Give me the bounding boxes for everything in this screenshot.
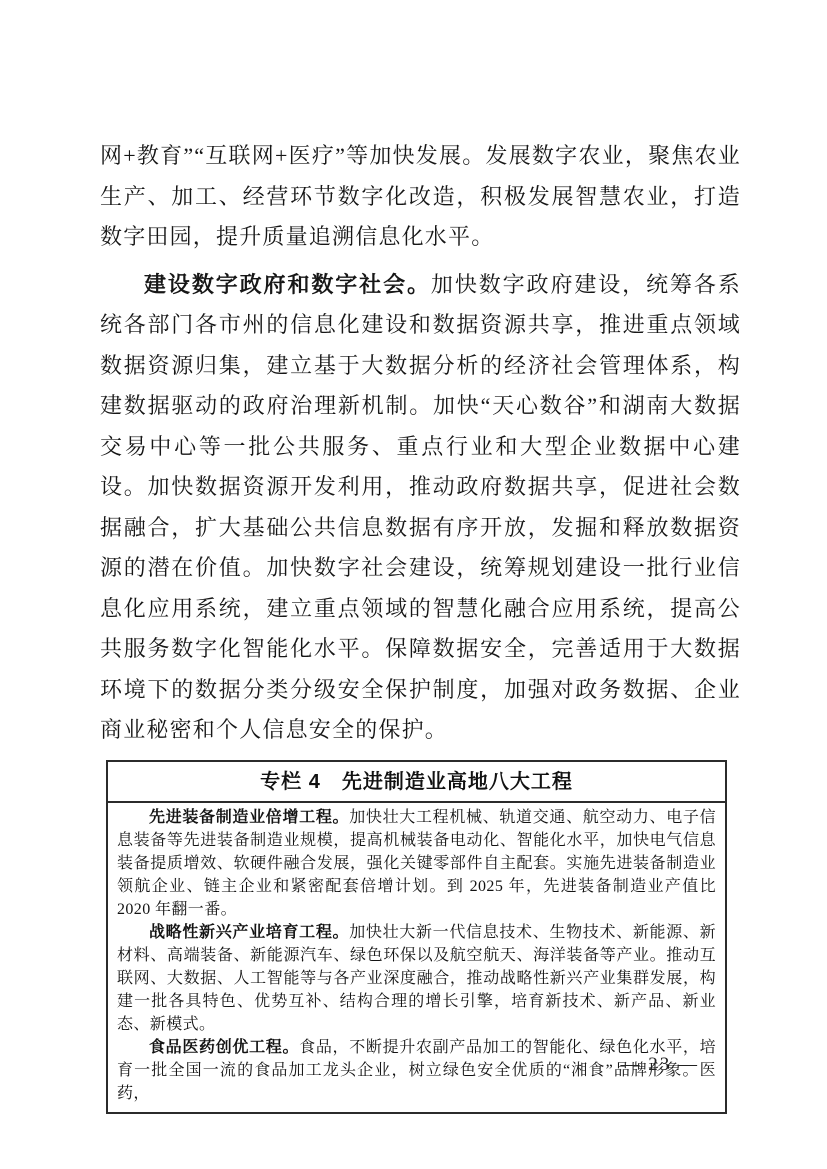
panel-paragraph-equipment-manufacturing: 先进装备制造业倍增工程。加快壮大工程机械、轨道交通、航空动力、电子信息装备等先进… xyxy=(117,806,716,921)
panel-paragraph-lead: 战略性新兴产业培育工程。 xyxy=(149,924,349,941)
panel-paragraph-emerging-industries: 战略性新兴产业培育工程。加快壮大新一代信息技术、生物技术、新能源、新材料、高端装… xyxy=(117,921,716,1036)
paragraph-text: 网+教育”“互联网+医疗”等加快发展。发展数字农业，聚焦农业生产、加工、经营环节… xyxy=(100,143,741,249)
panel-paragraph-lead: 食品医药创优工程。 xyxy=(149,1039,299,1056)
document-page: 网+教育”“互联网+医疗”等加快发展。发展数字农业，聚焦农业生产、加工、经营环节… xyxy=(0,0,827,1169)
document-content: 网+教育”“互联网+医疗”等加快发展。发展数字农业，聚焦农业生产、加工、经营环节… xyxy=(100,136,741,1114)
page-footer: — 23 — xyxy=(621,1054,700,1076)
paragraph-lead: 建设数字政府和数字社会。 xyxy=(144,272,431,297)
panel-paragraph-lead: 先进装备制造业倍增工程。 xyxy=(149,809,349,826)
panel-title: 专栏 4 先进制造业高地八大工程 xyxy=(108,762,725,803)
body-paragraph-continuation: 网+教育”“互联网+医疗”等加快发展。发展数字农业，聚焦农业生产、加工、经营环节… xyxy=(100,136,741,258)
body-paragraph-digital-government: 建设数字政府和数字社会。加快数字政府建设，统筹各系统各部门各市州的信息化建设和数… xyxy=(100,265,741,751)
paragraph-text: 加快数字政府建设，统筹各系统各部门各市州的信息化建设和数据资源共享，推进重点领域… xyxy=(100,272,741,743)
page-number: — 23 — xyxy=(621,1054,700,1075)
